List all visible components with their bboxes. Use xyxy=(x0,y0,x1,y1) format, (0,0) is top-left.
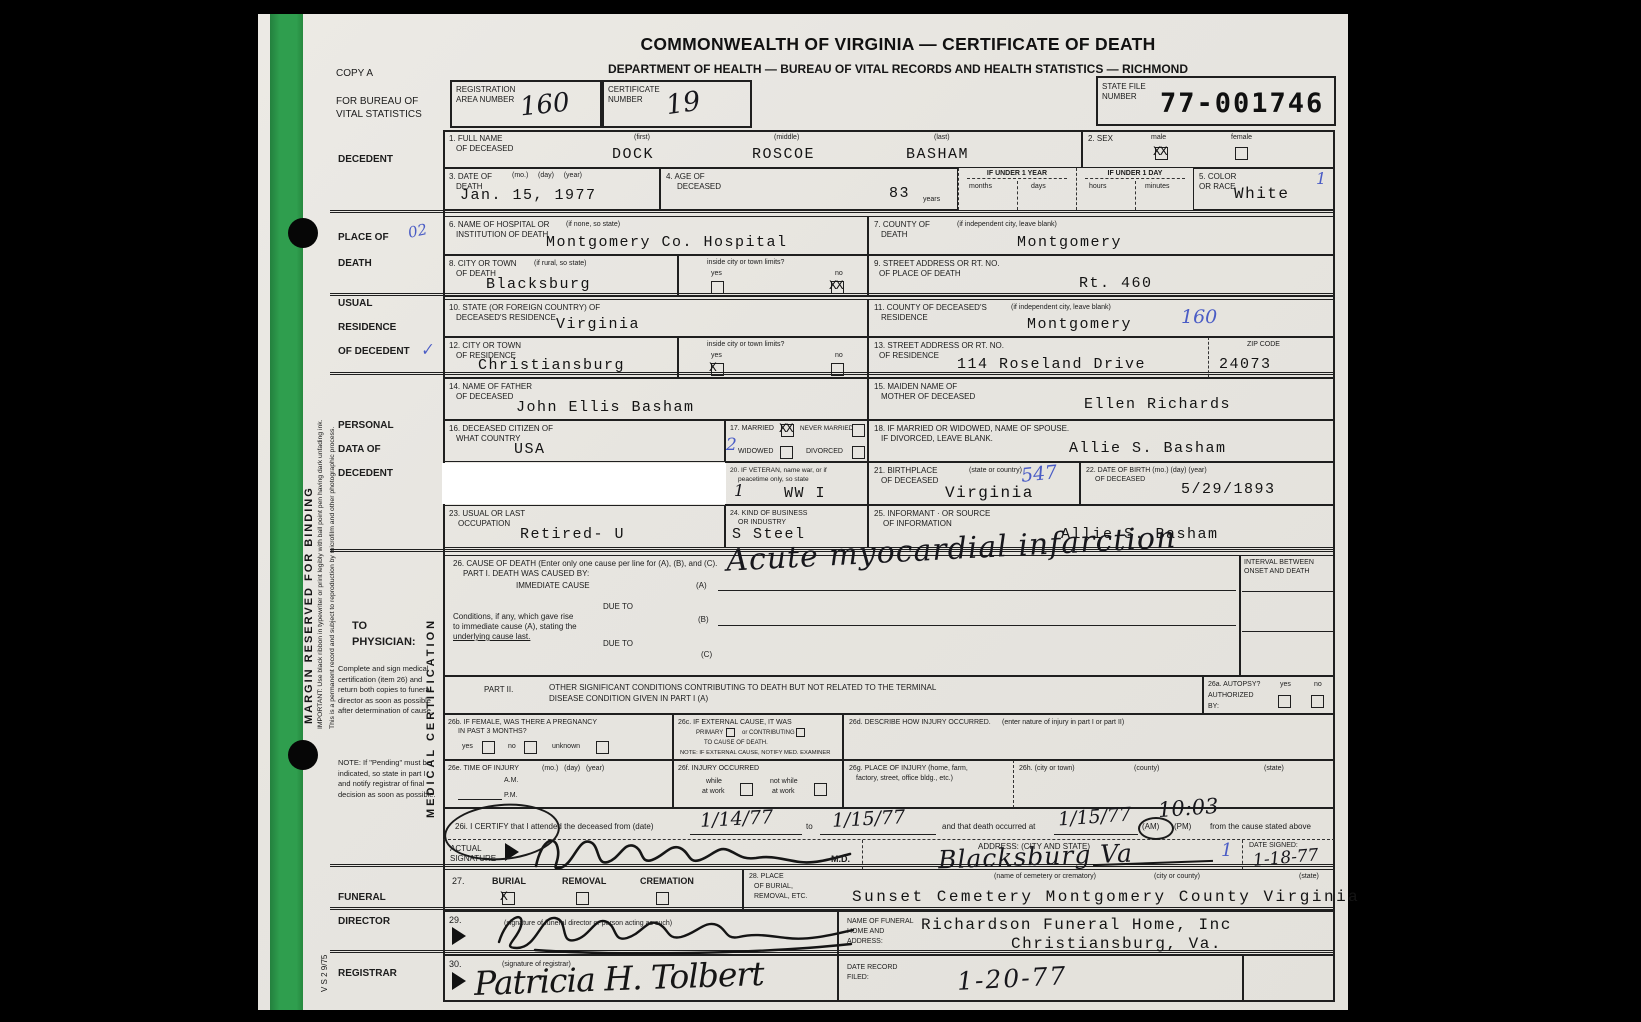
hospital-label-1: 6. NAME OF HOSPITAL OR xyxy=(449,220,549,230)
certificate-document: MARGIN RESERVED FOR BINDING IMPORTANT: U… xyxy=(258,14,1348,1010)
widowed-checkbox xyxy=(780,446,793,459)
under-year-block: IF UNDER 1 YEAR months days xyxy=(958,168,1076,210)
burial-mark: X xyxy=(500,889,507,904)
funeral-director-signature xyxy=(489,908,859,956)
age-label-1: 4. AGE OF xyxy=(666,172,705,182)
field-disposition: 27. BURIAL REMOVAL CREMATION X xyxy=(443,869,743,911)
cemetery-hint: (name of cemetery or crematory) xyxy=(994,873,1096,881)
divorced-label: DIVORCED xyxy=(806,448,843,456)
first-hint: (first) xyxy=(634,134,650,142)
external-primary-checkbox xyxy=(726,728,735,737)
section-to-physician-1: TO xyxy=(352,620,367,634)
autopsy-yes-checkbox xyxy=(1278,695,1291,708)
registration-area-value: 160 xyxy=(519,87,572,122)
time-injury-hints: (mo.) (day) (year) xyxy=(542,765,604,773)
registrar-empty-cell xyxy=(1243,955,1335,1002)
certify-suffix: from the cause stated above xyxy=(1210,822,1311,832)
under-day-hours: hours xyxy=(1089,183,1107,191)
county-death-hint: (if independent city, leave blank) xyxy=(957,221,1057,229)
external-primary-label: PRIMARY xyxy=(696,730,723,737)
full-name-label-2: OF DECEASED xyxy=(456,144,513,154)
color-race-value: White xyxy=(1234,185,1290,203)
place-injury-label-2: factory, street, office bldg., etc.) xyxy=(856,775,953,783)
state-hint: (state) xyxy=(1299,873,1319,881)
county-residence-hint: (if independent city, leave blank) xyxy=(1011,304,1111,312)
state-file-box: STATE FILE NUMBER 77-001746 xyxy=(1096,76,1336,126)
external-contributing-label: or CONTRIBUTING xyxy=(742,730,795,737)
margin-important-note-1: IMPORTANT: Use black ribbon in typewrite… xyxy=(317,249,324,729)
dob-value: 5/29/1893 xyxy=(1181,481,1276,498)
injury-county-label: (county) xyxy=(1134,765,1159,773)
certificate-number-box: CERTIFICATE NUMBER 19 xyxy=(602,80,752,128)
date-filed-label-2: FILED: xyxy=(847,974,869,982)
color-race-annotation: 1 xyxy=(1316,169,1326,188)
removal-label: REMOVAL xyxy=(562,876,606,887)
industry-label-1: 24. KIND OF BUSINESS xyxy=(730,510,807,518)
section-personal-data-1: PERSONAL xyxy=(338,420,394,433)
under-divider xyxy=(1135,181,1136,210)
funeral-home-label-2: HOME AND xyxy=(847,928,884,936)
certify-from-value: 1/14/77 xyxy=(699,806,773,832)
date-of-death-hints: (mo.) (day) (year) xyxy=(512,172,582,180)
limits-death-yes-checkbox xyxy=(711,281,724,294)
field-time-of-injury: 26e. TIME OF INJURY (mo.) (day) (year) A… xyxy=(443,760,673,808)
injury-state-label: (state) xyxy=(1264,765,1284,773)
county-death-label-2: DEATH xyxy=(881,230,908,240)
field-city-limits-death: inside city or town limits? yes no XX xyxy=(678,255,868,297)
cause-a-label: (A) xyxy=(696,581,707,591)
field-injury-description: 26d. DESCRIBE HOW INJURY OCCURRED. (ente… xyxy=(843,714,1335,760)
field-place-of-injury: 26g. PLACE OF INJURY (home, farm, factor… xyxy=(843,760,1013,808)
mother-label-2: MOTHER OF DECEASED xyxy=(881,392,975,402)
date-filed-label-1: DATE RECORD xyxy=(847,964,897,972)
pregnancy-yes-label: yes xyxy=(462,743,473,751)
birthplace-value: Virginia xyxy=(945,484,1034,502)
pregnancy-unknown-checkbox xyxy=(596,741,609,754)
burial-checkbox: X xyxy=(502,892,515,905)
citizen-label-1: 16. DECEASED CITIZEN OF xyxy=(449,424,553,434)
county-death-label-1: 7. COUNTY OF xyxy=(874,220,930,230)
last-hint: (last) xyxy=(934,134,950,142)
pregnancy-yes-checkbox xyxy=(482,741,495,754)
state-file-value: 77-001746 xyxy=(1160,88,1324,119)
field-hospital: 6. NAME OF HOSPITAL OR (if none, so stat… xyxy=(443,216,868,255)
street-residence-value: 114 Roseland Drive xyxy=(957,356,1146,373)
state-residence-label-2: DECEASED'S RESIDENCE xyxy=(456,313,556,323)
marital-annotation: 2 xyxy=(726,435,737,455)
field-color-or-race: 5. COLOR OR RACE White 1 xyxy=(1193,168,1335,210)
street-death-value: Rt. 460 xyxy=(1079,275,1153,292)
sex-male-label: male xyxy=(1151,134,1166,142)
pregnancy-unknown-label: unknown xyxy=(552,743,580,751)
signature-address-area: ADDRESS: (CITY AND STATE) Blacksburg Va … xyxy=(863,840,1243,869)
cause-conditions-3: underlying cause last. xyxy=(453,632,530,642)
not-while-checkbox xyxy=(814,783,827,796)
county-death-value: Montgomery xyxy=(1017,234,1122,251)
hospital-hint: (if none, so state) xyxy=(566,221,620,229)
limits-residence-yes-checkbox: X xyxy=(711,363,724,376)
while-label-1: while xyxy=(706,778,722,786)
autopsy-label-3: BY: xyxy=(1208,703,1219,711)
form-code: V S 2 9/75 xyxy=(320,922,329,992)
injury-city-label: 26h. (city or town) xyxy=(1019,765,1075,773)
field-full-name: 1. FULL NAME OF DECEASED (first) (middle… xyxy=(443,130,1082,168)
certificate-number-label-2: NUMBER xyxy=(608,95,643,105)
field-zip: ZIP CODE 24073 xyxy=(1208,337,1335,378)
time-injury-am: A.M. xyxy=(504,777,518,785)
field-birthplace: 21. BIRTHPLACE (state or country) OF DEC… xyxy=(868,462,1080,505)
section-registrar: REGISTRAR xyxy=(338,968,397,981)
redaction-box xyxy=(442,463,726,504)
age-value: 83 xyxy=(889,185,910,202)
field-funeral-signature: 29. (signature of funeral director or pe… xyxy=(443,911,838,955)
section-medical-certification: MEDICAL CERTIFICATION xyxy=(425,562,437,818)
occupation-label-1: 23. USUAL OR LAST xyxy=(449,509,525,519)
veteran-value: WW I xyxy=(784,485,826,502)
place-of-death-annotation: 02 xyxy=(406,220,428,242)
under-divider xyxy=(1017,181,1018,210)
widowed-label: WIDOWED xyxy=(738,448,773,456)
street-death-label-2: OF PLACE OF DEATH xyxy=(879,269,961,279)
section-divider xyxy=(330,210,1335,213)
cause-b-line xyxy=(718,625,1236,626)
certificate-number-value: 19 xyxy=(664,86,702,121)
occupation-label-2: OCCUPATION xyxy=(458,519,510,529)
state-file-label-2: NUMBER xyxy=(1102,92,1137,102)
field-occupation: 23. USUAL OR LAST OCCUPATION Retired- U xyxy=(443,505,725,548)
date-signed-annotation: 1 xyxy=(1221,840,1232,861)
external-contributing-checkbox xyxy=(796,728,805,737)
field-county-residence: 11. COUNTY OF DECEASED'S (if independent… xyxy=(868,299,1335,337)
limits-residence-no-checkbox xyxy=(831,363,844,376)
spouse-label-2: IF DIVORCED, LEAVE BLANK. xyxy=(881,434,993,444)
age-label-2: DECEASED xyxy=(677,182,721,192)
certificate-number-label-1: CERTIFICATE xyxy=(608,85,660,95)
under-day-minutes: minutes xyxy=(1145,183,1170,191)
married-label: 17. MARRIED xyxy=(730,425,774,433)
under-age-block: IF UNDER 1 YEAR months days IF UNDER 1 D… xyxy=(958,168,1193,210)
time-injury-label: 26e. TIME OF INJURY xyxy=(448,765,519,773)
external-note: NOTE: IF EXTERNAL CAUSE, NOTIFY MED. EXA… xyxy=(680,750,830,757)
under-day-header: IF UNDER 1 DAY xyxy=(1085,170,1185,179)
occupation-value: Retired- U xyxy=(520,526,625,543)
sex-female-label: female xyxy=(1231,134,1252,142)
limits-death-yes-label: yes xyxy=(711,270,722,278)
pregnancy-no-label: no xyxy=(508,743,516,751)
physician-signature xyxy=(528,830,858,874)
certify-to-value: 1/15/77 xyxy=(831,806,905,832)
binding-strip-label: MARGIN RESERVED FOR BINDING xyxy=(303,344,315,724)
registration-area-label-1: REGISTRATION xyxy=(456,85,515,95)
section-usual-residence-2: RESIDENCE xyxy=(338,322,396,335)
funeral-home-label-1: NAME OF FUNERAL xyxy=(847,918,914,926)
funeral-arrow-icon xyxy=(452,927,466,945)
mother-value: Ellen Richards xyxy=(1084,396,1231,413)
field-date-record-filed: DATE RECORD FILED: 1-20-77 xyxy=(838,955,1243,1002)
never-married-label: NEVER MARRIED xyxy=(800,425,853,433)
autopsy-no-checkbox xyxy=(1311,695,1324,708)
birthplace-annotation: 547 xyxy=(1020,461,1058,487)
certify-date-line xyxy=(1054,834,1138,835)
field-injury-occurred: 26f. INJURY OCCURRED while at work not w… xyxy=(673,760,843,808)
place-burial-label-1: 28. PLACE xyxy=(749,873,784,881)
binding-strip xyxy=(270,14,303,1010)
section-personal-data-3: DECEDENT xyxy=(338,468,393,481)
page-title: COMMONWEALTH OF VIRGINIA — CERTIFICATE O… xyxy=(498,34,1298,55)
interval-label-2: ONSET AND DEATH xyxy=(1244,568,1309,576)
state-residence-value: Virginia xyxy=(556,316,640,333)
interval-line-a xyxy=(1242,591,1333,592)
date-signed-area: DATE SIGNED: 1-18-77 xyxy=(1243,840,1335,869)
section-personal-data-2: DATA OF xyxy=(338,444,381,457)
city-death-hint: (if rural, so state) xyxy=(534,260,587,268)
usual-residence-checkmark: ✓ xyxy=(418,339,435,360)
informant-label-2: OF INFORMATION xyxy=(883,519,952,529)
limits-death-question: inside city or town limits? xyxy=(707,259,784,267)
first-name-value: DOCK xyxy=(612,146,654,163)
hole-punch-bottom xyxy=(288,740,318,770)
interval-label-1: INTERVAL BETWEEN xyxy=(1244,559,1314,567)
place-burial-label-3: REMOVAL, ETC. xyxy=(754,893,808,901)
section-decedent: DECEDENT xyxy=(338,154,393,167)
sex-label: 2. SEX xyxy=(1088,134,1113,144)
hospital-label-2: INSTITUTION OF DEATH xyxy=(456,230,548,240)
city-death-label-1: 8. CITY OR TOWN xyxy=(449,259,517,269)
pregnancy-no-checkbox xyxy=(524,741,537,754)
married-checkbox: XX xyxy=(781,424,794,437)
citizen-value: USA xyxy=(514,441,546,458)
never-married-checkbox xyxy=(852,424,865,437)
city-death-value: Blacksburg xyxy=(486,276,591,293)
field-autopsy: 26a. AUTOPSY? AUTHORIZED BY: yes no xyxy=(1203,676,1335,714)
sex-male-checkbox: XX xyxy=(1155,147,1168,160)
certify-am-circle xyxy=(1138,817,1174,840)
interval-line-b xyxy=(1242,631,1333,632)
color-race-label-2: OR RACE xyxy=(1199,182,1235,192)
street-residence-label-1: 13. STREET ADDRESS OR RT. NO. xyxy=(874,341,1004,351)
field-street-residence: 13. STREET ADDRESS OR RT. NO. OF RESIDEN… xyxy=(868,337,1208,378)
immediate-cause-label: IMMEDIATE CAUSE xyxy=(516,581,590,591)
registrar-number: 30. xyxy=(449,959,462,970)
hospital-value: Montgomery Co. Hospital xyxy=(546,234,788,251)
birthplace-hint: (state or country) xyxy=(969,467,1022,475)
autopsy-label-2: AUTHORIZED xyxy=(1208,692,1254,700)
registrar-arrow-icon xyxy=(452,972,466,990)
field-father: 14. NAME OF FATHER OF DECEASED John Elli… xyxy=(443,378,868,420)
funeral-home-label-3: ADDRESS: xyxy=(847,938,883,946)
field-marital-status: 17. MARRIED XX NEVER MARRIED 2 WIDOWED D… xyxy=(725,420,868,462)
not-while-label-2: at work xyxy=(772,788,795,796)
field-city-limits-residence: inside city or town limits? yes X no xyxy=(678,337,868,378)
field-citizen: 16. DECEASED CITIZEN OF WHAT COUNTRY USA xyxy=(443,420,725,462)
divorced-checkbox xyxy=(852,446,865,459)
funeral-number: 29. xyxy=(449,915,462,926)
city-county-hint: (city or county) xyxy=(1154,873,1200,881)
zip-label: ZIP CODE xyxy=(1247,341,1280,349)
age-unit: years xyxy=(923,196,940,204)
md-label: M.D. xyxy=(831,854,850,865)
street-residence-label-2: OF RESIDENCE xyxy=(879,351,939,361)
field-county-of-death: 7. COUNTY OF (if independent city, leave… xyxy=(868,216,1335,255)
disposition-number: 27. xyxy=(452,876,465,887)
city-residence-label-1: 12. CITY OR TOWN xyxy=(449,341,521,351)
place-burial-label-2: OF BURIAL, xyxy=(754,883,793,891)
certify-middle: and that death occurred at xyxy=(942,822,1035,832)
field-part2: PART II. OTHER SIGNIFICANT CONDITIONS CO… xyxy=(443,676,1203,714)
section-usual-residence-1: USUAL xyxy=(338,298,372,311)
part2-label: PART II. xyxy=(484,685,513,695)
date-of-death-value: Jan. 15, 1977 xyxy=(460,187,597,204)
registration-area-label-2: AREA NUMBER xyxy=(456,95,514,105)
field-spouse: 18. IF MARRIED OR WIDOWED, NAME OF SPOUS… xyxy=(868,420,1335,462)
cause-label: 26. CAUSE OF DEATH (Enter only one cause… xyxy=(453,559,717,569)
cause-b-label: (B) xyxy=(698,615,709,625)
injury-occurred-label: 26f. INJURY OCCURRED xyxy=(678,765,759,773)
margin-important-note-2: This is a permanent record and subject t… xyxy=(329,249,336,729)
part2-text-2: DISEASE CONDITION GIVEN IN PART I (A) xyxy=(549,694,708,704)
field-funeral-home: NAME OF FUNERAL HOME AND ADDRESS: Richar… xyxy=(838,911,1335,955)
spouse-value: Allie S. Basham xyxy=(1069,440,1227,457)
state-file-label-1: STATE FILE xyxy=(1102,82,1146,92)
cremation-label: CREMATION xyxy=(640,876,694,887)
due-to-2-label: DUE TO xyxy=(603,639,633,649)
limits-residence-yes-mark: X xyxy=(709,360,716,375)
section-to-physician-2: PHYSICIAN: xyxy=(352,636,416,650)
autopsy-no-label: no xyxy=(1314,681,1322,689)
hole-punch-top xyxy=(288,218,318,248)
autopsy-yes-label: yes xyxy=(1280,681,1291,689)
section-funeral-director-2: DIRECTOR xyxy=(338,916,390,929)
pregnancy-label-1: 26b. IF FEMALE, WAS THERE A PREGNANCY xyxy=(448,719,597,727)
injury-description-hint: (enter nature of injury in part I or par… xyxy=(1002,719,1124,727)
father-label-2: OF DECEASED xyxy=(456,392,513,402)
page-subtitle: DEPARTMENT OF HEALTH — BUREAU OF VITAL R… xyxy=(498,62,1298,76)
cremation-checkbox xyxy=(656,892,669,905)
state-residence-label-1: 10. STATE (OR FOREIGN COUNTRY) OF xyxy=(449,303,600,313)
cause-part1-label: PART I. DEATH WAS CAUSED BY: xyxy=(463,569,589,579)
field-registrar-signature: 30. (signature of registrar) Patricia H.… xyxy=(443,955,838,1002)
under-year-days: days xyxy=(1031,183,1046,191)
time-injury-line xyxy=(458,799,502,800)
county-residence-label-1: 11. COUNTY OF DECEASED'S xyxy=(874,303,987,313)
limits-death-no-checkbox: XX xyxy=(831,281,844,294)
field-street-of-death: 9. STREET ADDRESS OR RT. NO. OF PLACE OF… xyxy=(868,255,1335,297)
while-checkbox xyxy=(740,783,753,796)
father-value: John Ellis Basham xyxy=(516,399,695,416)
physician-instructions: Complete and sign medical certification … xyxy=(338,664,438,717)
section-place-of-death-2: DEATH xyxy=(338,258,372,271)
informant-label-1: 25. INFORMANT · OR SOURCE xyxy=(874,509,990,519)
field-mother: 15. MAIDEN NAME OF MOTHER OF DECEASED El… xyxy=(868,378,1335,420)
section-usual-residence-3: OF DECEDENT xyxy=(338,346,410,359)
time-injury-pm: P.M. xyxy=(504,792,518,800)
street-death-label-1: 9. STREET ADDRESS OR RT. NO. xyxy=(874,259,1000,269)
field-place-of-burial: 28. PLACE OF BURIAL, REMOVAL, ETC. (name… xyxy=(743,869,1335,911)
copy-label: COPY A xyxy=(336,68,373,81)
under-year-header: IF UNDER 1 YEAR xyxy=(967,170,1067,179)
field-date-of-birth: 22. DATE OF BIRTH (mo.) (day) (year) OF … xyxy=(1080,462,1335,505)
field-external-cause: 26c. IF EXTERNAL CAUSE, IT WAS PRIMARY o… xyxy=(673,714,843,760)
section-place-of-death-1: PLACE OF xyxy=(338,232,389,245)
dob-label-1: 22. DATE OF BIRTH (mo.) (day) (year) xyxy=(1086,467,1207,475)
limits-death-no-mark: XX xyxy=(829,278,843,293)
date-of-death-label-1: 3. DATE OF xyxy=(449,172,492,182)
limits-residence-no-label: no xyxy=(835,352,843,360)
spouse-label-1: 18. IF MARRIED OR WIDOWED, NAME OF SPOUS… xyxy=(874,424,1069,434)
registration-area-box: REGISTRATION AREA NUMBER 160 xyxy=(450,80,602,128)
citizen-label-2: WHAT COUNTRY xyxy=(456,434,520,444)
funeral-home-name: Richardson Funeral Home, Inc xyxy=(921,916,1232,934)
middle-hint: (middle) xyxy=(774,134,799,142)
veteran-label-1: 20. IF VETERAN, name war, or if xyxy=(730,467,827,475)
dob-label-2: OF DECEASED xyxy=(1095,476,1145,484)
last-name-value: BASHAM xyxy=(906,146,969,163)
burial-label: BURIAL xyxy=(492,876,526,887)
part2-text-1: OTHER SIGNIFICANT CONDITIONS CONTRIBUTIN… xyxy=(549,683,936,693)
removal-checkbox xyxy=(576,892,589,905)
due-to-1-label: DUE TO xyxy=(603,602,633,612)
city-residence-value: Christiansburg xyxy=(478,357,625,374)
field-city-of-death: 8. CITY OR TOWN (if rural, so state) OF … xyxy=(443,255,678,297)
date-signed-value: 1-18-77 xyxy=(1252,845,1319,871)
county-residence-value: Montgomery xyxy=(1027,316,1132,333)
date-filed-value: 1-20-77 xyxy=(956,961,1068,996)
section-funeral-director-1: FUNERAL xyxy=(338,892,386,905)
cause-a-line xyxy=(718,590,1236,591)
field-city-residence: 12. CITY OR TOWN OF RESIDENCE Christians… xyxy=(443,337,678,378)
under-day-block: IF UNDER 1 DAY hours minutes xyxy=(1076,168,1193,210)
middle-name-value: ROSCOE xyxy=(752,146,815,163)
father-label-1: 14. NAME OF FATHER xyxy=(449,382,532,392)
autopsy-label-1: 26a. AUTOPSY? xyxy=(1208,681,1260,689)
color-race-label-1: 5. COLOR xyxy=(1199,172,1236,182)
sex-female-checkbox xyxy=(1235,147,1248,160)
funeral-home-city: Christiansburg, Va. xyxy=(1011,935,1222,953)
place-burial-value: Sunset Cemetery Montgomery County Virgin… xyxy=(852,888,1360,906)
place-injury-label-1: 26g. PLACE OF INJURY (home, farm, xyxy=(849,765,968,773)
cause-conditions-2: to immediate cause (A), stating the xyxy=(453,622,577,632)
certify-time-value: 10:03 xyxy=(1157,794,1219,822)
sex-male-mark: XX xyxy=(1153,144,1167,159)
birthplace-label-1: 21. BIRTHPLACE xyxy=(874,466,937,476)
field-veteran: 20. IF VETERAN, name war, or if peacetim… xyxy=(725,462,868,505)
bureau-label: FOR BUREAU OF VITAL STATISTICS xyxy=(336,96,441,121)
certify-pm-label: (PM) xyxy=(1174,822,1191,832)
veteran-annotation: 1 xyxy=(734,481,744,500)
under-year-months: months xyxy=(969,183,992,191)
field-sex: 2. SEX male XX female xyxy=(1082,130,1335,168)
zip-value: 24073 xyxy=(1219,356,1272,373)
not-while-label-1: not while xyxy=(770,778,798,786)
cause-conditions-1: Conditions, if any, which gave rise xyxy=(453,612,573,622)
veteran-label-2: peacetime only, so state xyxy=(738,476,809,484)
cause-c-label: (C) xyxy=(701,650,712,660)
field-date-of-death: 3. DATE OF (mo.) (day) (year) DEATH Jan.… xyxy=(443,168,660,210)
while-label-2: at work xyxy=(702,788,725,796)
county-residence-annotation: 160 xyxy=(1181,306,1217,328)
county-residence-label-2: RESIDENCE xyxy=(881,313,928,323)
pending-note: NOTE: If "Pending" must be indicated, so… xyxy=(338,758,438,800)
field-state-residence: 10. STATE (OR FOREIGN COUNTRY) OF DECEAS… xyxy=(443,299,868,337)
mother-label-1: 15. MAIDEN NAME OF xyxy=(874,382,957,392)
married-mark: XX xyxy=(779,421,793,436)
external-label-1: 26c. IF EXTERNAL CAUSE, IT WAS xyxy=(678,719,792,727)
limits-residence-question: inside city or town limits? xyxy=(707,341,784,349)
field-pregnancy: 26b. IF FEMALE, WAS THERE A PREGNANCY IN… xyxy=(443,714,673,760)
pregnancy-label-2: IN PAST 3 MONTHS? xyxy=(458,728,527,736)
birthplace-label-2: OF DECEASED xyxy=(881,476,938,486)
field-age: 4. AGE OF DECEASED 83 years xyxy=(660,168,958,210)
